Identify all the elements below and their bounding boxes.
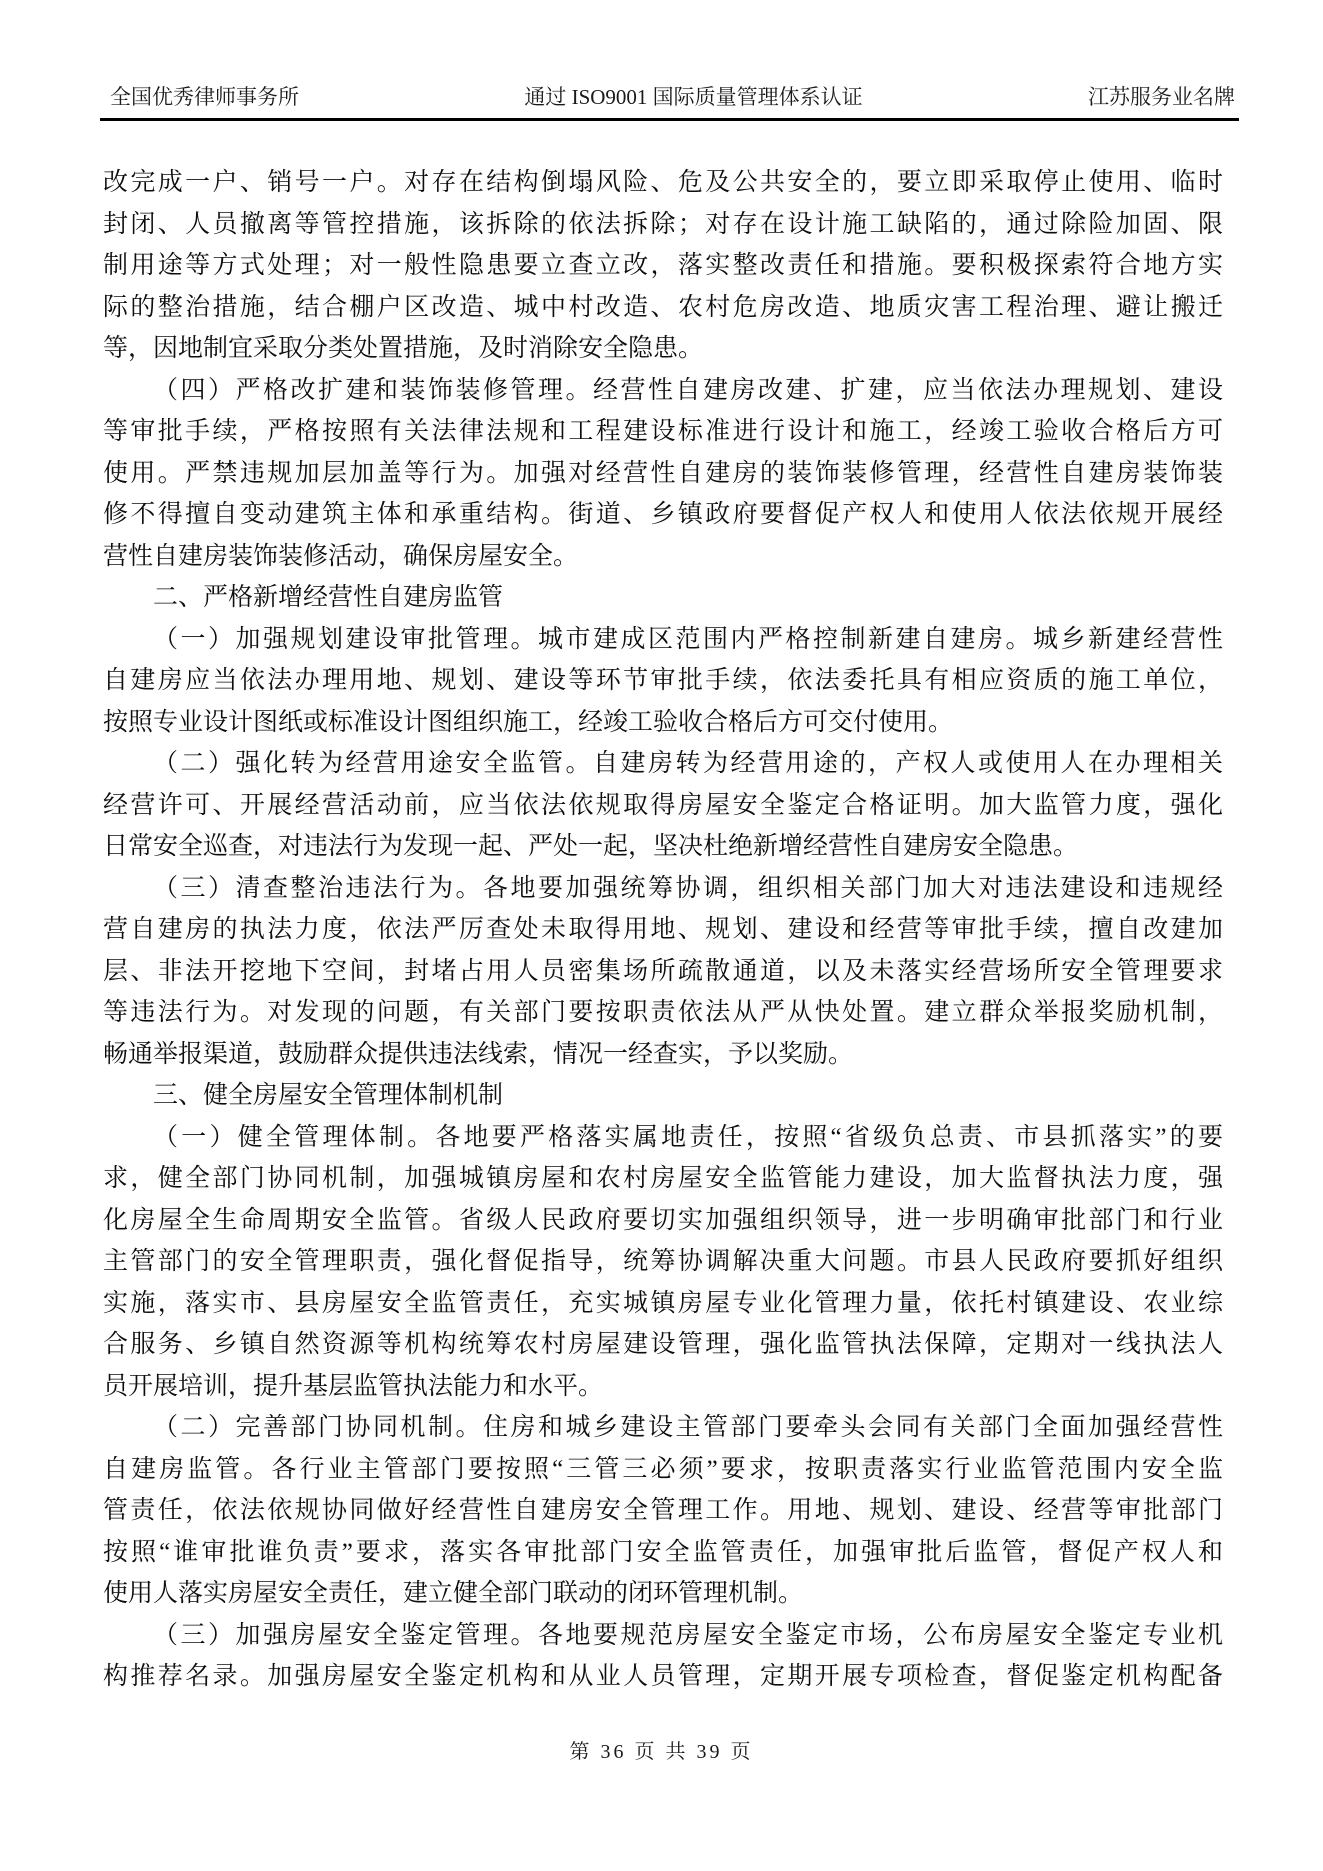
text-line: （三）加强房屋安全鉴定管理。各地要规范房屋安全鉴定市场，公布房屋安全鉴定专业机 bbox=[103, 1615, 1223, 1657]
text-line: 自建房应当依法办理用地、规划、建设等环节审批手续，依法委托具有相应资质的施工单位… bbox=[103, 660, 1223, 702]
text-line: 使用人落实房屋安全责任，建立健全部门联动的闭环管理机制。 bbox=[103, 1573, 1223, 1615]
text-line: 日常安全巡查，对违法行为发现一起、严处一起，坚决杜绝新增经营性自建房安全隐患。 bbox=[103, 826, 1223, 868]
paragraph: （二）完善部门协同机制。住房和城乡建设主管部门要牵头会同有关部门全面加强经营性自… bbox=[103, 1407, 1223, 1615]
paragraph: （一）健全管理体制。各地要严格落实属地责任，按照“省级负总责、市县抓落实”的要求… bbox=[103, 1117, 1223, 1408]
page-number: 第 36 页 共 39 页 bbox=[570, 1741, 754, 1763]
text-line: 改完成一户、销号一户。对存在结构倒塌风险、危及公共安全的，要立即采取停止使用、临… bbox=[103, 162, 1223, 204]
header-right-text: 江苏服务业名牌 bbox=[1088, 84, 1235, 110]
text-line: 构推荐名录。加强房屋安全鉴定机构和从业人员管理，定期开展专项检查，督促鉴定机构配… bbox=[103, 1656, 1223, 1698]
document-page: 全国优秀律师事务所 通过 ISO9001 国际质量管理体系认证 江苏服务业名牌 … bbox=[0, 0, 1323, 1871]
text-line: 修不得擅自变动建筑主体和承重结构。街道、乡镇政府要督促产权人和使用人依法依规开展… bbox=[103, 494, 1223, 536]
text-line: 员开展培训，提升基层监管执法能力和水平。 bbox=[103, 1366, 1223, 1408]
paragraph: （一）加强规划建设审批管理。城市建成区范围内严格控制新建自建房。城乡新建经营性自… bbox=[103, 619, 1223, 744]
text-line: 营性自建房装饰装修活动，确保房屋安全。 bbox=[103, 536, 1223, 578]
text-line: 等审批手续，严格按照有关法律法规和工程建设标准进行设计和施工，经竣工验收合格后方… bbox=[103, 411, 1223, 453]
text-line: 制用途等方式处理；对一般性隐患要立查立改，落实整改责任和措施。要积极探索符合地方… bbox=[103, 245, 1223, 287]
text-line: 封闭、人员撤离等管控措施，该拆除的依法拆除；对存在设计施工缺陷的，通过除险加固、… bbox=[103, 204, 1223, 246]
text-line: 使用。严禁违规加层加盖等行为。加强对经营性自建房的装饰装修管理，经营性自建房装饰… bbox=[103, 453, 1223, 495]
text-line: 等，因地制宜采取分类处置措施，及时消除安全隐患。 bbox=[103, 328, 1223, 370]
text-line: （三）清查整治违法行为。各地要加强统筹协调，组织相关部门加大对违法建设和违规经 bbox=[103, 868, 1223, 910]
paragraph: （二）强化转为经营用途安全监管。自建房转为经营用途的，产权人或使用人在办理相关经… bbox=[103, 743, 1223, 868]
text-line: 等违法行为。对发现的问题，有关部门要按职责依法从严从快处置。建立群众举报奖励机制… bbox=[103, 992, 1223, 1034]
text-line: 主管部门的安全管理职责，强化督促指导，统筹协调解决重大问题。市县人民政府要抓好组… bbox=[103, 1241, 1223, 1283]
text-line: 际的整治措施，结合棚户区改造、城中村改造、农村危房改造、地质灾害工程治理、避让搬… bbox=[103, 287, 1223, 329]
text-line: 按照专业设计图纸或标准设计图组织施工，经竣工验收合格后方可交付使用。 bbox=[103, 702, 1223, 744]
text-line: 按照“谁审批谁负责”要求，落实各审批部门安全监管责任，加强审批后监管，督促产权人… bbox=[103, 1532, 1223, 1574]
page-footer: 第 36 页 共 39 页 bbox=[0, 1738, 1323, 1766]
text-line: 化房屋全生命周期安全监管。省级人民政府要切实加强组织领导，进一步明确审批部门和行… bbox=[103, 1200, 1223, 1242]
text-line: （一）健全管理体制。各地要严格落实属地责任，按照“省级负总责、市县抓落实”的要 bbox=[103, 1117, 1223, 1159]
text-line: 畅通举报渠道，鼓励群众提供违法线索，情况一经查实，予以奖励。 bbox=[103, 1034, 1223, 1076]
text-line: （四）严格改扩建和装饰装修管理。经营性自建房改建、扩建，应当依法办理规划、建设 bbox=[103, 370, 1223, 412]
text-line: 自建房监管。各行业主管部门要按照“三管三必须”要求，按职责落实行业监管范围内安全… bbox=[103, 1449, 1223, 1491]
text-line: 合服务、乡镇自然资源等机构统筹农村房屋建设管理，强化监管执法保障，定期对一线执法… bbox=[103, 1324, 1223, 1366]
text-line: （二）强化转为经营用途安全监管。自建房转为经营用途的，产权人或使用人在办理相关 bbox=[103, 743, 1223, 785]
text-line: （二）完善部门协同机制。住房和城乡建设主管部门要牵头会同有关部门全面加强经营性 bbox=[103, 1407, 1223, 1449]
header-rule bbox=[100, 118, 1239, 121]
section-heading: 三、健全房屋安全管理体制机制 bbox=[103, 1075, 1223, 1117]
header-center-text: 通过 ISO9001 国际质量管理体系认证 bbox=[524, 84, 862, 110]
text-line: 实施，落实市、县房屋安全监管责任，充实城镇房屋专业化管理力量，依托村镇建设、农业… bbox=[103, 1283, 1223, 1325]
text-line: 二、严格新增经营性自建房监管 bbox=[103, 577, 1223, 619]
header-left-text: 全国优秀律师事务所 bbox=[110, 84, 299, 110]
paragraph: （三）加强房屋安全鉴定管理。各地要规范房屋安全鉴定市场，公布房屋安全鉴定专业机构… bbox=[103, 1615, 1223, 1698]
paragraph: （三）清查整治违法行为。各地要加强统筹协调，组织相关部门加大对违法建设和违规经营… bbox=[103, 868, 1223, 1076]
paragraph: （四）严格改扩建和装饰装修管理。经营性自建房改建、扩建，应当依法办理规划、建设等… bbox=[103, 370, 1223, 578]
text-line: 营自建房的执法力度，依法严厉查处未取得用地、规划、建设和经营等审批手续，擅自改建… bbox=[103, 909, 1223, 951]
text-line: 经营许可、开展经营活动前，应当依法依规取得房屋安全鉴定合格证明。加大监管力度，强… bbox=[103, 785, 1223, 827]
text-line: 三、健全房屋安全管理体制机制 bbox=[103, 1075, 1223, 1117]
text-line: 求，健全部门协同机制，加强城镇房屋和农村房屋安全监管能力建设，加大监督执法力度，… bbox=[103, 1158, 1223, 1200]
text-line: （一）加强规划建设审批管理。城市建成区范围内严格控制新建自建房。城乡新建经营性 bbox=[103, 619, 1223, 661]
text-line: 层、非法开挖地下空间，封堵占用人员密集场所疏散通道，以及未落实经营场所安全管理要… bbox=[103, 951, 1223, 993]
section-heading: 二、严格新增经营性自建房监管 bbox=[103, 577, 1223, 619]
paragraph: 改完成一户、销号一户。对存在结构倒塌风险、危及公共安全的，要立即采取停止使用、临… bbox=[103, 162, 1223, 370]
document-body: 改完成一户、销号一户。对存在结构倒塌风险、危及公共安全的，要立即采取停止使用、临… bbox=[103, 162, 1223, 1698]
text-line: 管责任，依法依规协同做好经营性自建房安全管理工作。用地、规划、建设、经营等审批部… bbox=[103, 1490, 1223, 1532]
page-header: 全国优秀律师事务所 通过 ISO9001 国际质量管理体系认证 江苏服务业名牌 bbox=[110, 84, 1235, 110]
